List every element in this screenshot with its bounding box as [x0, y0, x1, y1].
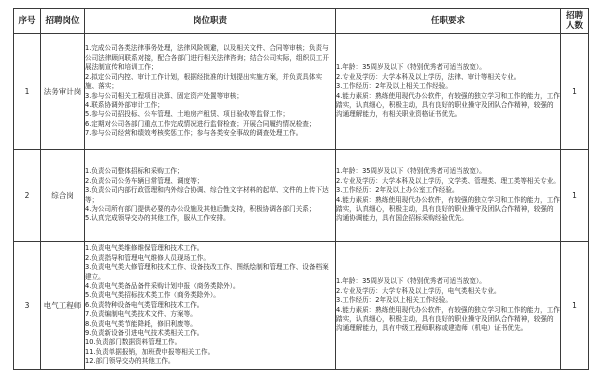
header-duties: 岗位职责	[85, 9, 336, 34]
table-row: 2 综合岗 1.负责公司整体招标和采购工作； 2.负责公司公务车辆日常管理、调度…	[14, 150, 589, 242]
row-index: 1	[14, 34, 41, 150]
table-row: 1 法务审计岗 1.完成公司各类法律事务处理，法律风险规避，以及相关文件、合同等…	[14, 34, 589, 150]
duty-item: 12.部门领导交办的其他工作。	[85, 357, 335, 366]
header-requirements: 任职要求	[336, 9, 561, 34]
duty-item: 6.负责特种设备电气类管理和技术工作。	[85, 301, 335, 310]
duty-item: 5.参与公司招投标、公车管理、土地房产租赁、项目验收等监督工作；	[85, 110, 335, 119]
requirement-item: 2.专业及学历：大学本科及以上学历，文学类、管理类、理工类等相关专业。	[336, 177, 560, 186]
requirement-item: 3.工作经历：2年及以上相关工作经验。	[336, 296, 560, 305]
header-position: 招聘岗位	[41, 9, 85, 34]
duty-item: 4.为公司所有部门提供必要的办公设施及其他后勤支持，积极协调各部门关系；	[85, 205, 335, 214]
header-row: 序号 招聘岗位 岗位职责 任职要求 招聘人数	[14, 9, 589, 34]
duty-item: 2.拟定公司内控、审计工作计划，根据经批准的计划提出实施方案，并负责具体实施、落…	[85, 73, 335, 92]
header-index: 序号	[14, 9, 41, 34]
duty-item: 4.负责电气类备品备件采购计划申报（商务类除外）。	[85, 282, 335, 291]
duty-item: 2.负责公司公务车辆日常管理、调度等；	[85, 177, 335, 186]
requirement-item: 4.能力素质：熟练使用现代办公软件，有较强的独立学习和工作的能力，工作踏实，认真…	[336, 306, 560, 334]
row-duties: 1.负责公司整体招标和采购工作； 2.负责公司公务车辆日常管理、调度等； 3.负…	[85, 150, 336, 242]
duty-item: 2.负责指导和管理电气维修人员现场工作。	[85, 254, 335, 263]
row-requirements: 1.年龄：35周岁及以下（特别优秀者可适当放宽）。 2.专业及学历：大学本科及以…	[336, 150, 561, 242]
duty-item: 1.完成公司各类法律事务处理，法律风险规避，以及相关文件、合同等审核；负责与公司…	[85, 44, 335, 72]
row-position: 电气工程师	[41, 242, 85, 370]
row-count: 1	[561, 150, 589, 242]
requirement-item: 2.专业及学历：大学本科及以上学历，法律、审计等相关专业。	[336, 73, 560, 82]
duty-item: 7.负责编制电气类技术文件、方案等。	[85, 310, 335, 319]
duty-item: 3.参与公司相关工程项目决算、固定资产处置等审核；	[85, 92, 335, 101]
duty-item: 5.负责电气类招标技术类工作（商务类除外）。	[85, 291, 335, 300]
recruitment-table: 序号 招聘岗位 岗位职责 任职要求 招聘人数 1 法务审计岗 1.完成公司各类法…	[13, 8, 589, 370]
duty-item: 8.负责电气类节能降耗，修旧利废等。	[85, 320, 335, 329]
duty-item: 11.负责单据报销，加班费申报等相关工作。	[85, 348, 335, 357]
row-requirements: 1.年龄：35周岁及以下（特别优秀者可适当放宽）。 2.专业及学历：大学本科及以…	[336, 34, 561, 150]
requirement-item: 4.能力素质：熟练使用现代办公软件，有较强的独立学习和工作的能力，工作踏实，认真…	[336, 92, 560, 120]
duty-item: 5.认真完成领导交办的其他工作，服从工作安排。	[85, 214, 335, 223]
row-position: 综合岗	[41, 150, 85, 242]
row-duties: 1.完成公司各类法律事务处理，法律风险规避，以及相关文件、合同等审核；负责与公司…	[85, 34, 336, 150]
duty-item: 10.负责部门数据资料管理工作。	[85, 338, 335, 347]
duty-item: 1.负责电气类维修维保管理和技术工作。	[85, 244, 335, 253]
duty-item: 6.定期对公司各部门重点工作完成情况进行监督检查；开展合同履约情况检查；	[85, 120, 335, 129]
duty-item: 3.负责电气类大修管理和技术工作、设备技改工作、图纸绘制和管理工作、设备档案建立…	[85, 263, 335, 282]
duty-item: 4.联系协调外部审计工作；	[85, 101, 335, 110]
row-position: 法务审计岗	[41, 34, 85, 150]
header-count: 招聘人数	[561, 9, 589, 34]
row-requirements: 1.年龄：35周岁及以下（特别优秀者可适当放宽）。 2.专业及学历：大学专科及以…	[336, 242, 561, 370]
row-duties: 1.负责电气类维修维保管理和技术工作。 2.负责指导和管理电气维修人员现场工作。…	[85, 242, 336, 370]
requirement-item: 3.工作经历：2年及以上办公室工作经验。	[336, 186, 560, 195]
requirement-item: 3.工作经历：2年及以上相关工作经验。	[336, 82, 560, 91]
row-index: 3	[14, 242, 41, 370]
duty-item: 9.负责新设备引进电气技术类相关工作。	[85, 329, 335, 338]
requirement-item: 1.年龄：35周岁及以下（特别优秀者可适当放宽）。	[336, 63, 560, 72]
duty-item: 3.负责公司内部行政管理和内外综合协调、综合性文字材料的起草、文件的上传下达等；	[85, 186, 335, 205]
row-count: 1	[561, 242, 589, 370]
requirement-item: 1.年龄：35周岁及以下（特别优秀者可适当放宽）。	[336, 167, 560, 176]
requirement-item: 1.年龄：35周岁及以下（特别优秀者可适当放宽）。	[336, 277, 560, 286]
table-row: 3 电气工程师 1.负责电气类维修维保管理和技术工作。 2.负责指导和管理电气维…	[14, 242, 589, 370]
duty-item: 7.参与公司经营和绩效考核奖惩工作；参与各类安全事故的调查处理工作。	[85, 129, 335, 138]
row-count: 1	[561, 34, 589, 150]
row-index: 2	[14, 150, 41, 242]
duty-item: 1.负责公司整体招标和采购工作；	[85, 167, 335, 176]
requirement-item: 2.专业及学历：大学专科及以上学历，电气类相关专业。	[336, 287, 560, 296]
requirement-item: 4.能力素质：熟练使用现代办公软件，有较强的独立学习和工作的能力，工作踏实，认真…	[336, 196, 560, 224]
